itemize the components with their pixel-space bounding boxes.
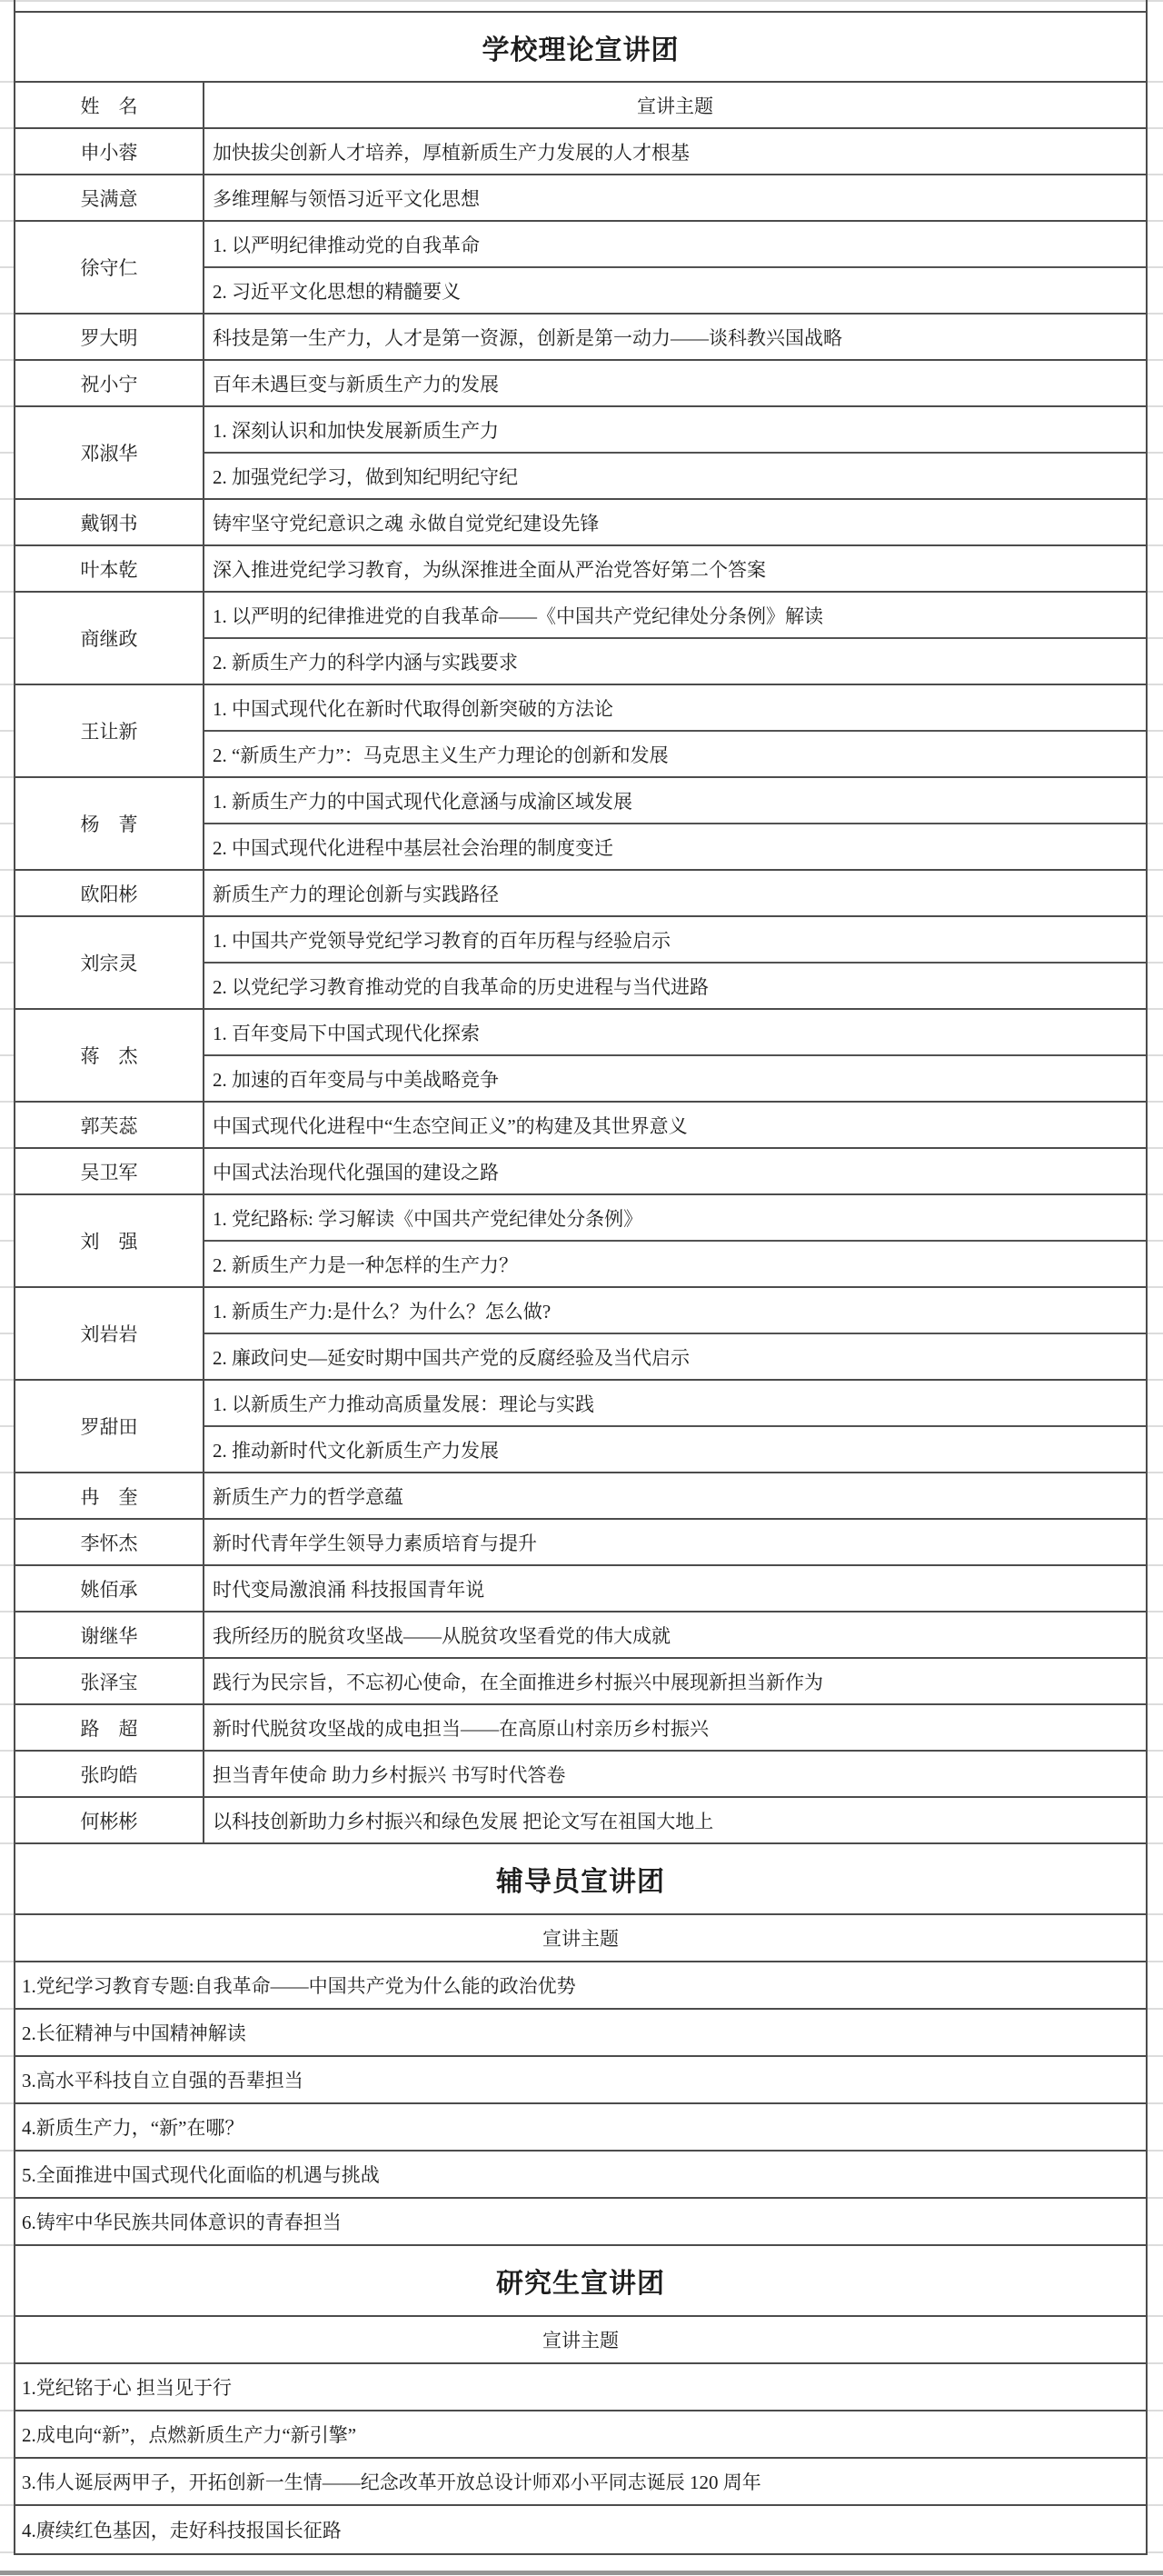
gridline-stub	[0, 637, 14, 639]
gridline-stub	[0, 313, 14, 315]
table-row: 冉 奎新质生产力的哲学意蕴	[15, 1473, 1146, 1520]
gridline-stub	[0, 81, 14, 83]
table-row: 徐守仁1. 以严明纪律推动党的自我革命2. 习近平文化思想的精髓要义	[15, 222, 1146, 315]
gridline-stub	[1148, 2150, 1163, 2152]
section-title: 辅导员宣讲团	[15, 1844, 1146, 1915]
gridline-stub	[0, 1703, 14, 1705]
table-left-border-extension	[14, 0, 15, 11]
gridline-stub	[1148, 1286, 1163, 1288]
topic-column-header: 宣讲主题	[204, 83, 1146, 127]
topic-text: 中国式法治现代化强国的建设之路	[204, 1149, 1146, 1193]
gridline-stub	[0, 1425, 14, 1427]
gridline-stub	[1148, 591, 1163, 593]
gridline-stub	[1148, 2197, 1163, 2199]
column-header-row: 宣讲主题	[15, 1915, 1146, 1962]
speaker-name: 谢继华	[15, 1612, 204, 1657]
topic-text: 1. 中国式现代化在新时代取得创新突破的方法论	[204, 685, 1146, 732]
gridline-stub	[0, 2197, 14, 2199]
gridline-stub	[1148, 2315, 1163, 2317]
topic-cell: 1. 中国式现代化在新时代取得创新突破的方法论2. “新质生产力”：马克思主义生…	[204, 685, 1146, 776]
table-row: 张昀皓担当青年使命 助力乡村振兴 书写时代答卷	[15, 1752, 1146, 1798]
topic-text: 1. 以严明纪律推动党的自我革命	[204, 222, 1146, 268]
speaker-name: 李怀杰	[15, 1520, 204, 1564]
topic-text: 2. 以党纪学习教育推动党的自我革命的历史进程与当代进路	[204, 964, 1146, 1008]
table-row: 戴钢书铸牢坚守党纪意识之魂 永做自觉党纪建设先锋	[15, 500, 1146, 546]
gridline-stub	[1148, 1913, 1163, 1915]
topic-text: 以科技创新助力乡村振兴和绿色发展 把论文写在祖国大地上	[204, 1798, 1146, 1842]
table-row: 罗大明科技是第一生产力，人才是第一资源，创新是第一动力——谈科教兴国战略	[15, 315, 1146, 361]
gridline-stub	[1148, 452, 1163, 454]
speaker-name: 徐守仁	[15, 222, 204, 313]
gridline-stub	[1148, 359, 1163, 361]
topic-cell: 担当青年使命 助力乡村振兴 书写时代答卷	[204, 1752, 1146, 1796]
gridline-stub	[1148, 1611, 1163, 1612]
speaker-name: 张泽宝	[15, 1659, 204, 1703]
gridline-stub	[0, 2457, 14, 2459]
gridline-stub	[1148, 2055, 1163, 2057]
gridline-stub	[1148, 1333, 1163, 1334]
gridline-stub	[1148, 1750, 1163, 1752]
topic-cell: 1. 以严明的纪律推进党的自我革命——《中国共产党纪律处分条例》解读2. 新质生…	[204, 593, 1146, 684]
gridline-stub	[1148, 266, 1163, 268]
topic-text: 2. 中国式现代化进程中基层社会治理的制度变迁	[204, 824, 1146, 869]
topic-cell: 以科技创新助力乡村振兴和绿色发展 把论文写在祖国大地上	[204, 1798, 1146, 1842]
table-row: 王让新1. 中国式现代化在新时代取得创新突破的方法论2. “新质生产力”：马克思…	[15, 685, 1146, 778]
gridline-stub	[1148, 1518, 1163, 1520]
gridline-stub	[1148, 1240, 1163, 1242]
table-row: 蒋 杰1. 百年变局下中国式现代化探索2. 加速的百年变局与中美战略竞争	[15, 1010, 1146, 1103]
table-row: 吴卫军中国式法治现代化强国的建设之路	[15, 1149, 1146, 1195]
speaker-name: 王让新	[15, 685, 204, 776]
topic-cell: 1. 中国共产党领导党纪学习教育的百年历程与经验启示2. 以党纪学习教育推动党的…	[204, 917, 1146, 1008]
gridline-stub	[0, 962, 14, 964]
topic-text: 1. 以新质生产力推动高质量发展：理论与实践	[204, 1381, 1146, 1427]
topic-text: 1. 百年变局下中国式现代化探索	[204, 1010, 1146, 1056]
topic-text: 深入推进党纪学习教育，为纵深推进全面从严治党答好第二个答案	[204, 546, 1146, 591]
gridline-stub	[1148, 174, 1163, 175]
speaker-name: 何彬彬	[15, 1798, 204, 1842]
topic-cell: 新质生产力的哲学意蕴	[204, 1473, 1146, 1518]
topic-row: 6.铸牢中华民族共同体意识的青春担当	[15, 2199, 1146, 2246]
topic-cell: 时代变局激浪涌 科技报国青年说	[204, 1566, 1146, 1611]
topic-row: 3.伟人诞辰两甲子，开拓创新一生情——纪念改革开放总设计师邓小平同志诞辰 120…	[15, 2459, 1146, 2506]
gridline-stub	[0, 730, 14, 732]
topic-cell: 1. 新质生产力的中国式现代化意涵与成渝区域发展2. 中国式现代化进程中基层社会…	[204, 778, 1146, 869]
gridline-stub	[0, 1518, 14, 1520]
gridline-stub	[1148, 2551, 1163, 2553]
table-row: 邓淑华1. 深刻认识和加快发展新质生产力2. 加强党纪学习，做到知纪明纪守纪	[15, 407, 1146, 500]
table-row: 杨 菁1. 新质生产力的中国式现代化意涵与成渝区域发展2. 中国式现代化进程中基…	[15, 778, 1146, 871]
gridline-stub	[0, 776, 14, 778]
speaker-name: 刘宗灵	[15, 917, 204, 1008]
topic-text: 践行为民宗旨，不忘初心使命，在全面推进乡村振兴中展现新担当新作为	[204, 1659, 1146, 1703]
table-row: 祝小宁百年未遇巨变与新质生产力的发展	[15, 361, 1146, 407]
gridline-stub	[0, 127, 14, 129]
column-header-row: 姓 名宣讲主题	[15, 83, 1146, 129]
gridline-stub	[1148, 684, 1163, 685]
gridline-stub	[1148, 776, 1163, 778]
gridline-stub	[1148, 2504, 1163, 2506]
topic-row: 2.成电向“新”，点燃新质生产力“新引擎”	[15, 2411, 1146, 2459]
gridline-stub	[0, 2102, 14, 2104]
topic-text: 1. 党纪路标: 学习解读《中国共产党纪律处分条例》	[204, 1195, 1146, 1242]
gridline-stub	[1148, 544, 1163, 546]
topic-text: 中国式现代化进程中“生态空间正义”的构建及其世界意义	[204, 1103, 1146, 1147]
topic-text: 多维理解与领悟习近平文化思想	[204, 175, 1146, 220]
section-title: 研究生宣讲团	[15, 2246, 1146, 2317]
gridline-stub	[1148, 1425, 1163, 1427]
gridline-stub	[1148, 1842, 1163, 1844]
speaker-name: 张昀皓	[15, 1752, 204, 1796]
topic-text: 1. 新质生产力的中国式现代化意涵与成渝区域发展	[204, 778, 1146, 824]
gridline-stub	[0, 452, 14, 454]
section-title: 学校理论宣讲团	[15, 13, 1146, 83]
gridline-stub	[1148, 962, 1163, 964]
topic-text: 担当青年使命 助力乡村振兴 书写时代答卷	[204, 1752, 1146, 1796]
speaker-name: 欧阳彬	[15, 871, 204, 915]
topic-cell: 科技是第一生产力，人才是第一资源，创新是第一动力——谈科教兴国战略	[204, 315, 1146, 359]
table-row: 叶本乾深入推进党纪学习教育，为纵深推进全面从严治党答好第二个答案	[15, 546, 1146, 593]
gridline-stub	[1148, 1796, 1163, 1798]
table-row: 刘岩岩1. 新质生产力:是什么？为什么？怎么做?2. 廉政问史—延安时期中国共产…	[15, 1288, 1146, 1381]
topic-text: 我所经历的脱贫攻坚战——从脱贫攻坚看党的伟大成就	[204, 1612, 1146, 1657]
table-row: 郭芙蕊中国式现代化进程中“生态空间正义”的构建及其世界意义	[15, 1103, 1146, 1149]
gridline-stub	[1148, 823, 1163, 824]
topic-cell: 我所经历的脱贫攻坚战——从脱贫攻坚看党的伟大成就	[204, 1612, 1146, 1657]
gridline-stub	[0, 1147, 14, 1149]
topic-row: 2.长征精神与中国精神解读	[15, 2010, 1146, 2057]
topic-cell: 深入推进党纪学习教育，为纵深推进全面从严治党答好第二个答案	[204, 546, 1146, 591]
topic-text: 1. 以严明的纪律推进党的自我革命——《中国共产党纪律处分条例》解读	[204, 593, 1146, 639]
topic-text: 百年未遇巨变与新质生产力的发展	[204, 361, 1146, 405]
gridline-stub	[0, 823, 14, 824]
table-row: 商继政1. 以严明的纪律推进党的自我革命——《中国共产党纪律处分条例》解读2. …	[15, 593, 1146, 685]
table-row: 路 超新时代脱贫攻坚战的成电担当——在高原山村亲历乡村振兴	[15, 1705, 1146, 1752]
column-header-row: 宣讲主题	[15, 2317, 1146, 2364]
gridline-stub	[0, 1379, 14, 1381]
topic-cell: 百年未遇巨变与新质生产力的发展	[204, 361, 1146, 405]
gridline-stub	[1148, 869, 1163, 871]
gridline-stub	[0, 1101, 14, 1103]
gridline-stub	[0, 1842, 14, 1844]
gridline-stub	[0, 1333, 14, 1334]
table-row: 吴满意多维理解与领悟习近平文化思想	[15, 175, 1146, 222]
gridline-stub	[1148, 1008, 1163, 1010]
speaker-name: 罗甜田	[15, 1381, 204, 1472]
topic-text: 1. 新质生产力:是什么？为什么？怎么做?	[204, 1288, 1146, 1334]
gridline-stub	[1148, 1054, 1163, 1056]
topic-row: 1.党纪铭于心 担当见于行	[15, 2364, 1146, 2411]
topic-cell: 1. 以新质生产力推动高质量发展：理论与实践2. 推动新时代文化新质生产力发展	[204, 1381, 1146, 1472]
gridline-stub	[0, 1564, 14, 1566]
gridline-stub	[1148, 2102, 1163, 2104]
speaker-name: 姚佰承	[15, 1566, 204, 1611]
bottom-edge-line	[0, 2571, 1163, 2575]
gridline-stub	[1148, 1101, 1163, 1103]
gridline-stub	[1148, 220, 1163, 222]
topic-text: 2. 新质生产力的科学内涵与实践要求	[204, 639, 1146, 684]
gridline-top	[0, 0, 1163, 2]
table-row: 刘宗灵1. 中国共产党领导党纪学习教育的百年历程与经验启示2. 以党纪学习教育推…	[15, 917, 1146, 1010]
gridline-stub	[0, 1008, 14, 1010]
gridline-stub	[0, 2551, 14, 2553]
gridline-stub	[0, 2055, 14, 2057]
gridline-stub	[1148, 1379, 1163, 1381]
speaker-name: 刘岩岩	[15, 1288, 204, 1379]
gridline-stub	[0, 2150, 14, 2152]
table-row: 欧阳彬新质生产力的理论创新与实践路径	[15, 871, 1146, 917]
topic-cell: 1. 深刻认识和加快发展新质生产力2. 加强党纪学习，做到知纪明纪守纪	[204, 407, 1146, 498]
speaker-name: 罗大明	[15, 315, 204, 359]
topic-cell: 新时代青年学生领导力素质培育与提升	[204, 1520, 1146, 1564]
gridline-stub	[1148, 2410, 1163, 2411]
speaker-name: 路 超	[15, 1705, 204, 1750]
gridline-stub	[0, 915, 14, 917]
gridline-stub	[1148, 1961, 1163, 1962]
gridline-stub	[1148, 1703, 1163, 1705]
topic-cell: 新质生产力的理论创新与实践路径	[204, 871, 1146, 915]
topic-row: 1.党纪学习教育专题:自我革命——中国共产党为什么能的政治优势	[15, 1962, 1146, 2010]
gridline-stub	[0, 220, 14, 222]
gridline-stub	[0, 2504, 14, 2506]
topic-text: 时代变局激浪涌 科技报国青年说	[204, 1566, 1146, 1611]
document-page: 学校理论宣讲团姓 名宣讲主题申小蓉加快拔尖创新人才培养，厚植新质生产力发展的人才…	[0, 0, 1163, 2576]
gridline-stub	[0, 498, 14, 500]
gridline-stub	[1148, 498, 1163, 500]
table-row: 何彬彬以科技创新助力乡村振兴和绿色发展 把论文写在祖国大地上	[15, 1798, 1146, 1844]
topic-row: 5.全面推进中国式现代化面临的机遇与挑战	[15, 2152, 1146, 2199]
speaker-name: 冉 奎	[15, 1473, 204, 1518]
topic-row: 3.高水平科技自立自强的吾辈担当	[15, 2057, 1146, 2104]
gridline-stub	[1148, 313, 1163, 315]
gridline-stub	[0, 2244, 14, 2246]
gridline-stub	[0, 359, 14, 361]
speaker-name: 申小蓉	[15, 129, 204, 174]
table-row: 张泽宝践行为民宗旨，不忘初心使命，在全面推进乡村振兴中展现新担当新作为	[15, 1659, 1146, 1705]
speaker-name: 祝小宁	[15, 361, 204, 405]
topic-row: 4.新质生产力，“新”在哪？	[15, 2104, 1146, 2152]
gridline-stub	[1148, 2362, 1163, 2364]
gridline-stub	[1148, 915, 1163, 917]
gridline-stub	[0, 1750, 14, 1752]
gridline-stub	[0, 1240, 14, 1242]
table-row: 谢继华我所经历的脱贫攻坚战——从脱贫攻坚看党的伟大成就	[15, 1612, 1146, 1659]
table-row: 姚佰承时代变局激浪涌 科技报国青年说	[15, 1566, 1146, 1612]
topic-text: 新质生产力的理论创新与实践路径	[204, 871, 1146, 915]
topic-row: 4.赓续红色基因，走好科技报国长征路	[15, 2506, 1146, 2553]
gridline-stub	[0, 1472, 14, 1473]
gridline-stub	[0, 1961, 14, 1962]
topic-text: 1. 深刻认识和加快发展新质生产力	[204, 407, 1146, 454]
gridline-stub	[0, 1611, 14, 1612]
speaker-name: 戴钢书	[15, 500, 204, 544]
gridline-stub	[1148, 1472, 1163, 1473]
gridline-stub	[0, 2362, 14, 2364]
gridline-stub	[0, 869, 14, 871]
gridline-stub	[1148, 637, 1163, 639]
gridline-stub	[0, 266, 14, 268]
speaker-name: 商继政	[15, 593, 204, 684]
topic-text: 加快拔尖创新人才培养，厚植新质生产力发展的人才根基	[204, 129, 1146, 174]
topic-text: 科技是第一生产力，人才是第一资源，创新是第一动力——谈科教兴国战略	[204, 315, 1146, 359]
gridline-stub	[0, 405, 14, 407]
speaker-name: 郭芙蕊	[15, 1103, 204, 1147]
gridline-stub	[0, 1657, 14, 1659]
gridline-stub	[1148, 2457, 1163, 2459]
gridline-stub	[1148, 730, 1163, 732]
speaker-name: 叶本乾	[15, 546, 204, 591]
gridline-stub	[1148, 1147, 1163, 1149]
table-row: 刘 强1. 党纪路标: 学习解读《中国共产党纪律处分条例》2. 新质生产力是一种…	[15, 1195, 1146, 1288]
gridline-stub	[0, 1193, 14, 1195]
gridline-stub	[1148, 1564, 1163, 1566]
topic-text: 2. 廉政问史—延安时期中国共产党的反腐经验及当代启示	[204, 1334, 1146, 1379]
gridline-stub	[0, 1913, 14, 1915]
gridline-stub	[1148, 2244, 1163, 2246]
table-row: 罗甜田1. 以新质生产力推动高质量发展：理论与实践2. 推动新时代文化新质生产力…	[15, 1381, 1146, 1473]
gridline-stub	[0, 544, 14, 546]
topic-cell: 1. 以严明纪律推动党的自我革命2. 习近平文化思想的精髓要义	[204, 222, 1146, 313]
gridline-stub	[0, 2315, 14, 2317]
gridline-stub	[1148, 1193, 1163, 1195]
topic-cell: 1. 党纪路标: 学习解读《中国共产党纪律处分条例》2. 新质生产力是一种怎样的…	[204, 1195, 1146, 1286]
speaker-name: 蒋 杰	[15, 1010, 204, 1101]
gridline-stub	[0, 2008, 14, 2010]
gridline-stub	[0, 1796, 14, 1798]
topic-text: 2. 习近平文化思想的精髓要义	[204, 268, 1146, 313]
topic-cell: 践行为民宗旨，不忘初心使命，在全面推进乡村振兴中展现新担当新作为	[204, 1659, 1146, 1703]
topic-cell: 1. 新质生产力:是什么？为什么？怎么做?2. 廉政问史—延安时期中国共产党的反…	[204, 1288, 1146, 1379]
topic-cell: 中国式法治现代化强国的建设之路	[204, 1149, 1146, 1193]
speaker-name: 杨 菁	[15, 778, 204, 869]
topic-text: 2. 新质生产力是一种怎样的生产力？	[204, 1242, 1146, 1286]
topic-text: 新质生产力的哲学意蕴	[204, 1473, 1146, 1518]
gridline-stub	[1148, 405, 1163, 407]
topic-text: 2. 加强党纪学习，做到知纪明纪守纪	[204, 454, 1146, 498]
name-column-header: 姓 名	[15, 83, 204, 127]
gridline-stub	[1148, 81, 1163, 83]
gridline-stub	[0, 174, 14, 175]
table-right-border-extension	[1146, 0, 1148, 11]
speaker-name: 吴满意	[15, 175, 204, 220]
topic-text: 铸牢坚守党纪意识之魂 永做自觉党纪建设先锋	[204, 500, 1146, 544]
topic-text: 新时代脱贫攻坚战的成电担当——在高原山村亲历乡村振兴	[204, 1705, 1146, 1750]
gridline-stub	[1148, 2008, 1163, 2010]
speaker-name: 邓淑华	[15, 407, 204, 498]
topic-cell: 1. 百年变局下中国式现代化探索2. 加速的百年变局与中美战略竞争	[204, 1010, 1146, 1101]
gridline-stub	[0, 2410, 14, 2411]
topic-cell: 新时代脱贫攻坚战的成电担当——在高原山村亲历乡村振兴	[204, 1705, 1146, 1750]
speaker-name: 吴卫军	[15, 1149, 204, 1193]
topic-cell: 多维理解与领悟习近平文化思想	[204, 175, 1146, 220]
topic-cell: 中国式现代化进程中“生态空间正义”的构建及其世界意义	[204, 1103, 1146, 1147]
gridline-stub	[0, 1286, 14, 1288]
topic-text: 1. 中国共产党领导党纪学习教育的百年历程与经验启示	[204, 917, 1146, 964]
gridline-stub	[0, 1054, 14, 1056]
topic-text: 2. 加速的百年变局与中美战略竞争	[204, 1056, 1146, 1101]
table-row: 李怀杰新时代青年学生领导力素质培育与提升	[15, 1520, 1146, 1566]
speaker-name: 刘 强	[15, 1195, 204, 1286]
gridline-stub	[1148, 127, 1163, 129]
topic-cell: 铸牢坚守党纪意识之魂 永做自觉党纪建设先锋	[204, 500, 1146, 544]
topic-cell: 加快拔尖创新人才培养，厚植新质生产力发展的人才根基	[204, 129, 1146, 174]
gridline-stub	[0, 684, 14, 685]
topic-text: 新时代青年学生领导力素质培育与提升	[204, 1520, 1146, 1564]
gridline-stub	[0, 591, 14, 593]
lecture-groups-table: 学校理论宣讲团姓 名宣讲主题申小蓉加快拔尖创新人才培养，厚植新质生产力发展的人才…	[14, 11, 1148, 2555]
topic-text: 2. “新质生产力”：马克思主义生产力理论的创新和发展	[204, 732, 1146, 776]
gridline-stub	[1148, 1657, 1163, 1659]
table-row: 申小蓉加快拔尖创新人才培养，厚植新质生产力发展的人才根基	[15, 129, 1146, 175]
topic-text: 2. 推动新时代文化新质生产力发展	[204, 1427, 1146, 1472]
